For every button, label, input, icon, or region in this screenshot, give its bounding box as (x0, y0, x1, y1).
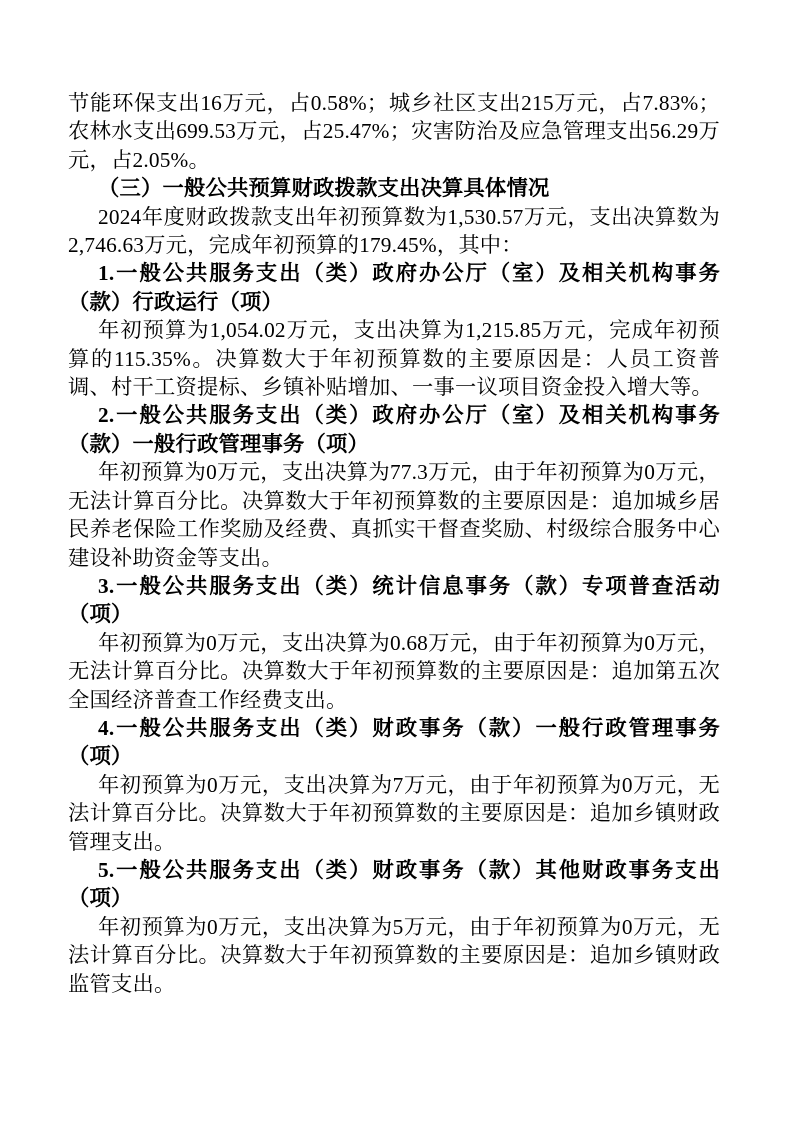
section-heading: 3.一般公共服务支出（类）统计信息事务（款）专项普查活动（项） (68, 572, 720, 629)
paragraph: 年初预算为1,054.02万元，支出决算为1,215.85万元，完成年初预算的1… (68, 316, 720, 401)
document-body: 节能环保支出16万元，占0.58%；城乡社区支出215万元，占7.83%；农林水… (68, 89, 720, 998)
paragraph: 2024年度财政拨款支出年初预算数为1,530.57万元，支出决算数为2,746… (68, 203, 720, 260)
document-page: 节能环保支出16万元，占0.58%；城乡社区支出215万元，占7.83%；农林水… (0, 0, 793, 1122)
paragraph: 年初预算为0万元，支出决算为77.3万元，由于年初预算为0万元，无法计算百分比。… (68, 458, 720, 572)
section-heading: 1.一般公共服务支出（类）政府办公厅（室）及相关机构事务（款）行政运行（项） (68, 259, 720, 316)
paragraph: 年初预算为0万元，支出决算为7万元，由于年初预算为0万元，无法计算百分比。决算数… (68, 771, 720, 856)
section-heading: 4.一般公共服务支出（类）财政事务（款）一般行政管理事务（项） (68, 714, 720, 771)
section-heading: 2.一般公共服务支出（类）政府办公厅（室）及相关机构事务（款）一般行政管理事务（… (68, 401, 720, 458)
paragraph: 节能环保支出16万元，占0.58%；城乡社区支出215万元，占7.83%；农林水… (68, 89, 720, 174)
paragraph: 年初预算为0万元，支出决算为5万元，由于年初预算为0万元，无法计算百分比。决算数… (68, 913, 720, 998)
section-heading: 5.一般公共服务支出（类）财政事务（款）其他财政事务支出（项） (68, 856, 720, 913)
section-heading: （三）一般公共预算财政拨款支出决算具体情况 (68, 174, 720, 202)
paragraph: 年初预算为0万元，支出决算为0.68万元，由于年初预算为0万元，无法计算百分比。… (68, 629, 720, 714)
